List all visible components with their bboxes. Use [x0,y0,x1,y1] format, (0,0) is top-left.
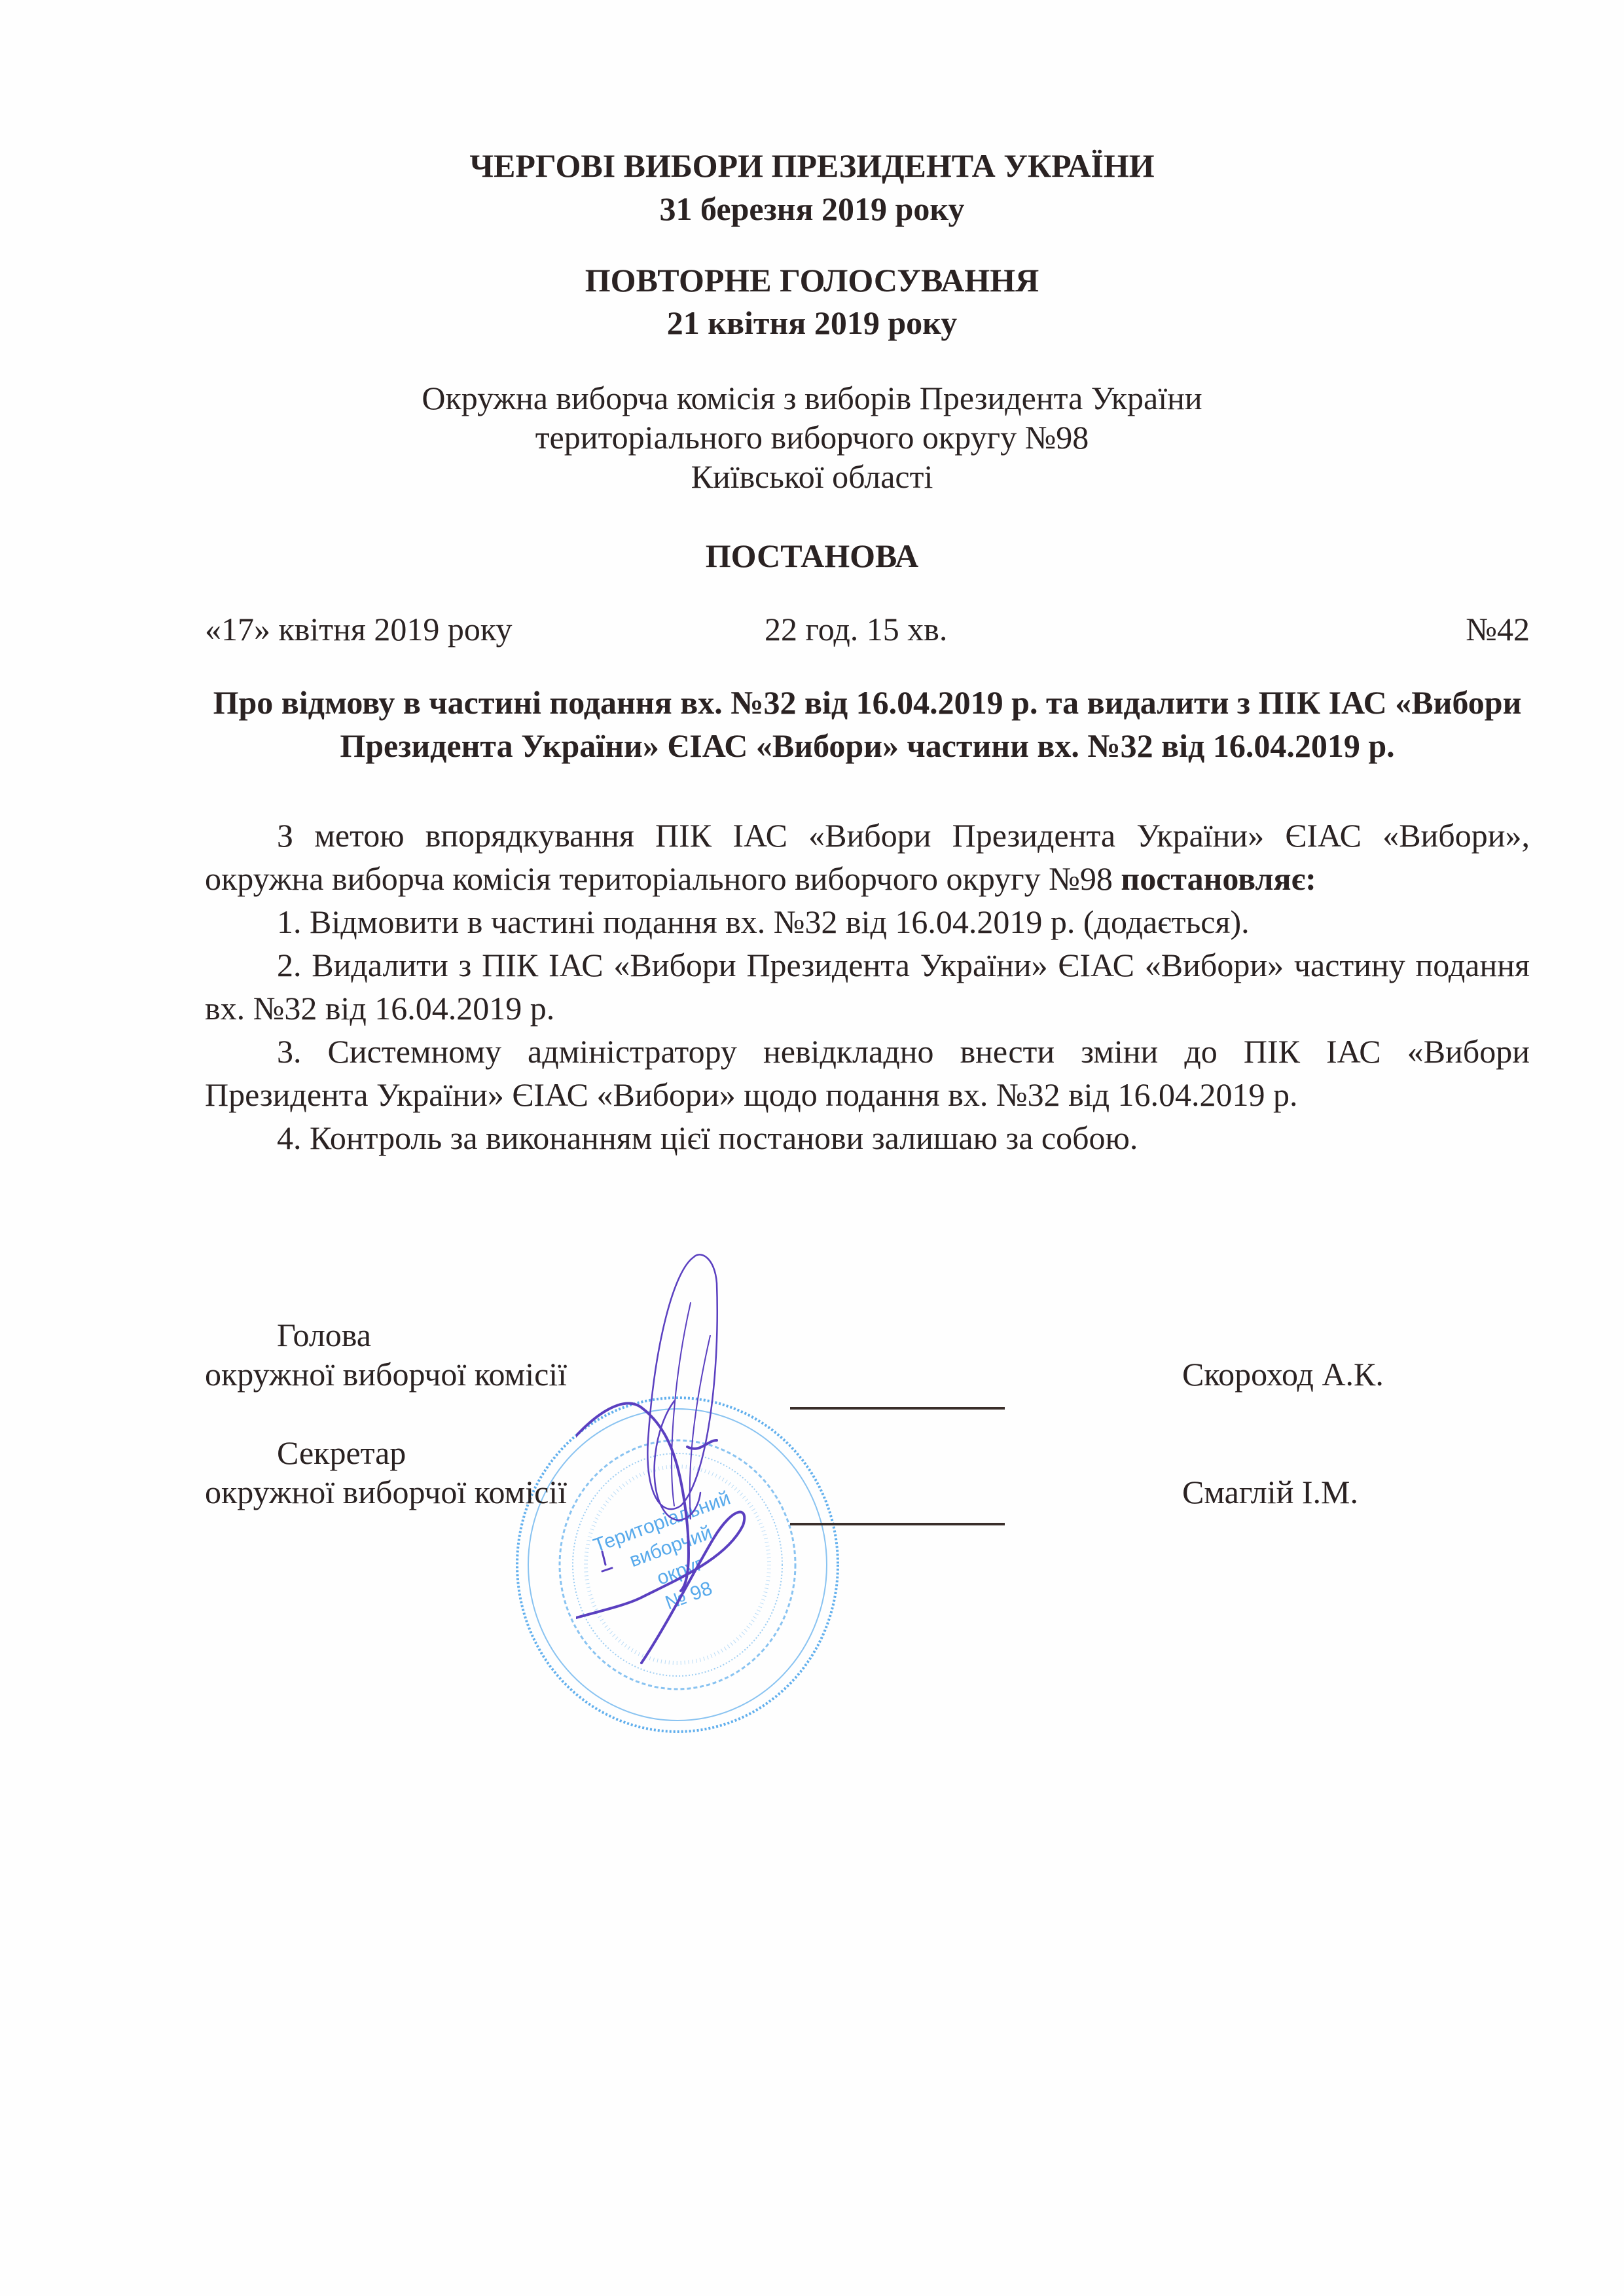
preamble-paragraph: З метою впорядкування ПІК ІАС «Вибори Пр… [205,814,1530,900]
commission-line-2: територіального виборчого округу №98 [0,417,1624,458]
secretary-name: Смаглій І.М. [1182,1472,1358,1512]
document-number: №42 [1466,608,1530,651]
runoff-title: ПОВТОРНЕ ГОЛОСУВАННЯ [0,260,1624,301]
chairman-role-line-1: Голова [277,1315,371,1355]
resolution-item-4: 4. Контроль за виконанням цієї постанови… [205,1116,1530,1159]
document-body: З метою впорядкування ПІК ІАС «Вибори Пр… [205,814,1530,1159]
chairman-role-line-2: окружної виборчої комісії [205,1354,567,1394]
resolution-item-1: 1. Відмовити в частині подання вх. №32 в… [205,900,1530,943]
commission-line-3: Київської області [0,456,1624,497]
election-date: 31 березня 2019 року [0,189,1624,229]
commission-line-1: Окружна виборча комісія з виборів Презид… [0,378,1624,418]
chairman-name: Скороход А.К. [1182,1354,1384,1394]
resolves-word: постановляє: [1121,860,1316,897]
handwritten-signature-icon [576,1244,916,1702]
secretary-role-line-1: Секретар [277,1432,406,1473]
resolution-item-2: 2. Видалити з ПІК ІАС «Вибори Президента… [205,943,1530,1030]
document-page: ЧЕРГОВІ ВИБОРИ ПРЕЗИДЕНТА УКРАЇНИ 31 бер… [0,0,1624,2296]
runoff-date: 21 квітня 2019 року [0,302,1624,343]
document-type: ПОСТАНОВА [0,536,1624,576]
document-meta-row: «17» квітня 2019 року 22 год. 15 хв. №42 [205,608,1530,651]
election-title: ЧЕРГОВІ ВИБОРИ ПРЕЗИДЕНТА УКРАЇНИ [0,145,1624,186]
preamble-text: З метою впорядкування ПІК ІАС «Вибори Пр… [205,817,1530,897]
resolution-item-3: 3. Системному адміністратору невідкладно… [205,1030,1530,1116]
document-date: «17» квітня 2019 року [205,608,512,651]
document-time: 22 год. 15 хв. [765,608,947,651]
document-subject: Про відмову в частині подання вх. №32 ві… [205,681,1530,767]
secretary-role-line-2: окружної виборчої комісії [205,1472,567,1512]
